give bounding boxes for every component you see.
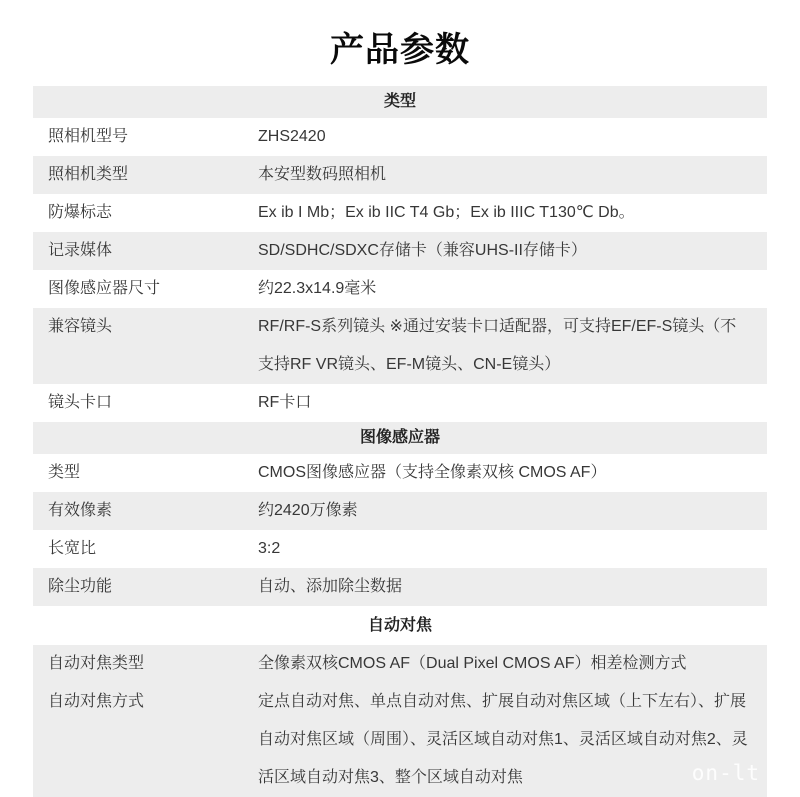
spec-row: 有效像素 约2420万像素	[33, 492, 767, 530]
spec-value: 3:2	[258, 530, 767, 568]
spec-label: 照相机类型	[33, 156, 258, 194]
spec-label: 除尘功能	[33, 568, 258, 606]
spec-row: 照相机类型 本安型数码照相机	[33, 156, 767, 194]
spec-value: CMOS图像感应器（支持全像素双核 CMOS AF）	[258, 454, 767, 492]
spec-row: 类型 CMOS图像感应器（支持全像素双核 CMOS AF）	[33, 454, 767, 492]
spec-value: 自动、添加除尘数据	[258, 568, 767, 606]
spec-value: Ex ib I Mb；Ex ib IIC T4 Gb；Ex ib IIIC T1…	[258, 194, 767, 232]
spec-table: 类型 照相机型号 ZHS2420 照相机类型 本安型数码照相机 防爆标志 Ex …	[33, 86, 767, 797]
spec-label: 图像感应器尺寸	[33, 270, 258, 308]
section-header-type: 类型	[33, 86, 767, 118]
spec-label: 照相机型号	[33, 118, 258, 156]
spec-label: 有效像素	[33, 492, 258, 530]
spec-label: 记录媒体	[33, 232, 258, 270]
section-header-autofocus: 自动对焦	[33, 606, 767, 645]
spec-value: 定点自动对焦、单点自动对焦、扩展自动对焦区域（上下左右）、扩展自动对焦区域（周围…	[258, 683, 767, 797]
spec-value: RF卡口	[258, 384, 767, 422]
spec-label: 防爆标志	[33, 194, 258, 232]
page-title: 产品参数	[0, 0, 800, 70]
spec-label: 兼容镜头	[33, 308, 258, 384]
spec-value: 约2420万像素	[258, 492, 767, 530]
spec-value: ZHS2420	[258, 118, 767, 156]
spec-value: RF/RF-S系列镜头 ※通过安装卡口适配器，可支持EF/EF-S镜头（不支持R…	[258, 308, 767, 384]
product-spec-page: 产品参数 类型 照相机型号 ZHS2420 照相机类型 本安型数码照相机 防爆标…	[0, 0, 800, 797]
spec-row: 镜头卡口 RF卡口	[33, 384, 767, 422]
spec-label: 长宽比	[33, 530, 258, 568]
spec-row: 记录媒体 SD/SDHC/SDXC存储卡（兼容UHS-II存储卡）	[33, 232, 767, 270]
spec-label: 自动对焦方式	[33, 683, 258, 797]
spec-row: 兼容镜头 RF/RF-S系列镜头 ※通过安装卡口适配器，可支持EF/EF-S镜头…	[33, 308, 767, 384]
spec-row: 图像感应器尺寸 约22.3x14.9毫米	[33, 270, 767, 308]
spec-value: 全像素双核CMOS AF（Dual Pixel CMOS AF）相差检测方式	[258, 645, 767, 683]
spec-label: 类型	[33, 454, 258, 492]
watermark: on-lt	[692, 761, 760, 785]
spec-row: 照相机型号 ZHS2420	[33, 118, 767, 156]
spec-row: 防爆标志 Ex ib I Mb；Ex ib IIC T4 Gb；Ex ib II…	[33, 194, 767, 232]
spec-label: 镜头卡口	[33, 384, 258, 422]
spec-label: 自动对焦类型	[33, 645, 258, 683]
spec-row: 除尘功能 自动、添加除尘数据	[33, 568, 767, 606]
section-header-image-sensor: 图像感应器	[33, 422, 767, 454]
spec-row: 长宽比 3:2	[33, 530, 767, 568]
spec-row: 自动对焦方式 定点自动对焦、单点自动对焦、扩展自动对焦区域（上下左右）、扩展自动…	[33, 683, 767, 797]
spec-value: 约22.3x14.9毫米	[258, 270, 767, 308]
spec-row: 自动对焦类型 全像素双核CMOS AF（Dual Pixel CMOS AF）相…	[33, 645, 767, 683]
spec-value: SD/SDHC/SDXC存储卡（兼容UHS-II存储卡）	[258, 232, 767, 270]
spec-value: 本安型数码照相机	[258, 156, 767, 194]
